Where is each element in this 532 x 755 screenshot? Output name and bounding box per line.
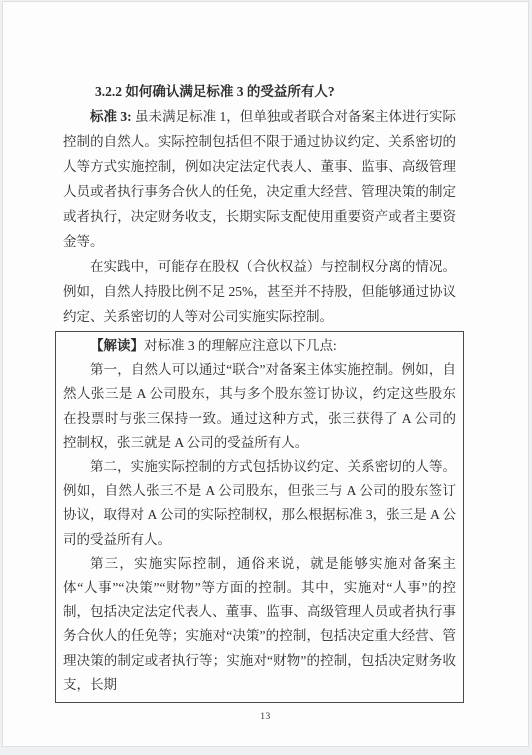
interpretation-label: 【解读】 <box>90 338 144 353</box>
document-page: 3.2.2 如何确认满足标准 3 的受益所有人? 标准 3: 虽未满足标准 1，… <box>3 2 528 746</box>
page-number: 13 <box>3 712 528 722</box>
interpretation-point-2: 第二，实施实际控制的方式包括协议约定、关系密切的人等。例如，自然人张三不是 A … <box>63 455 456 552</box>
interpretation-heading: 【解读】对标准 3 的理解应注意以下几点: <box>63 334 456 358</box>
section-heading: 3.2.2 如何确认满足标准 3 的受益所有人? <box>63 79 456 104</box>
paragraph-practice-note: 在实践中，可能存在股权（合伙权益）与控制权分离的情况。例如，自然人持股比例不足 … <box>63 254 456 329</box>
interpretation-box: 【解读】对标准 3 的理解应注意以下几点: 第一，自然人可以通过“联合”对备案主… <box>55 331 464 703</box>
text-column: 3.2.2 如何确认满足标准 3 的受益所有人? 标准 3: 虽未满足标准 1，… <box>63 79 456 703</box>
standard-3-label: 标准 3: <box>90 109 132 124</box>
standard-3-text: 虽未满足标准 1，但单独或者联合对备案主体进行实际控制的自然人。实际控制包括但不… <box>63 109 456 249</box>
interpretation-point-1: 第一，自然人可以通过“联合”对备案主体实施控制。例如，自然人张三是 A 公司股东… <box>63 358 456 455</box>
paragraph-standard-3: 标准 3: 虽未满足标准 1，但单独或者联合对备案主体进行实际控制的自然人。实际… <box>63 104 456 254</box>
interpretation-point-3: 第三，实施实际控制，通俗来说，就是能够实施对备案主体“人事”“决策”“财物”等方… <box>63 552 456 697</box>
interpretation-intro: 对标准 3 的理解应注意以下几点: <box>144 338 337 353</box>
